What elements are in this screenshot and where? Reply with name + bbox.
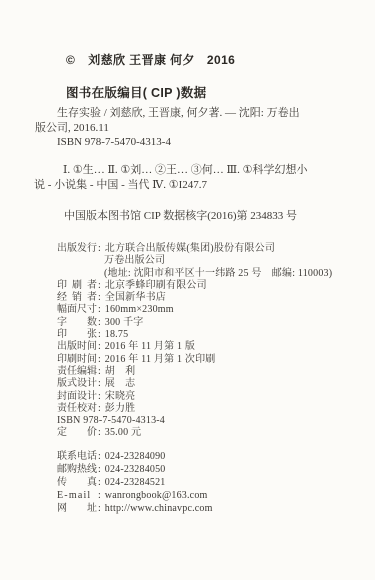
- label-colon: :: [98, 317, 101, 329]
- email-row: E-mail:wanrongbook@163.com: [57, 489, 357, 502]
- contact-info-block: 联系电话:024-23284090 邮购热线:024-23284050 传真:0…: [57, 450, 357, 515]
- cip-description: 生存实验 / 刘慈欣, 王晋康, 何夕著. — 沈阳: 万卷出 版公司, 201…: [35, 106, 347, 150]
- copyright-symbol: ©: [66, 53, 75, 67]
- sheets-row: 印张:18.75: [57, 329, 357, 341]
- publisher-branch-value: 万卷出版公司: [104, 255, 165, 266]
- layout-designer-row: 版式设计:展 志: [57, 378, 357, 390]
- sheets-value: 18.75: [105, 329, 129, 340]
- fax-label: 传真: [57, 476, 97, 489]
- distributor-label: 经销者: [57, 292, 97, 304]
- layout-designer-value: 展 志: [105, 378, 136, 389]
- phone-label: 联系电话: [57, 450, 97, 463]
- email-label: E-mail: [57, 489, 97, 502]
- price-label: 定价: [57, 427, 97, 439]
- copyright-line: ©刘慈欣 王晋康 何夕2016: [66, 51, 235, 68]
- distributor-row: 经销者:全国新华书店: [57, 292, 357, 304]
- cip-description-line-1: 生存实验 / 刘慈欣, 王晋康, 何夕著. — 沈阳: 万卷出: [35, 106, 347, 121]
- publisher-branch-row: 万卷出版公司: [57, 255, 357, 267]
- website-value: http://www.chinavpc.com: [105, 503, 213, 514]
- cip-classification-line-2: 说 - 小说集 - 中国 - 当代 Ⅳ. ①I247.7: [34, 178, 346, 193]
- website-row: 网址:http://www.chinavpc.com: [57, 502, 357, 515]
- format-row: 幅面尺寸:160mm×230mm: [57, 304, 357, 316]
- copyright-authors: 刘慈欣 王晋康 何夕: [88, 53, 195, 67]
- price-value: 35.00 元: [105, 427, 141, 438]
- label-colon: :: [98, 502, 101, 515]
- label-colon: :: [98, 280, 101, 292]
- isbn-value: ISBN 978-7-5470-4313-4: [57, 415, 165, 426]
- cover-designer-row: 封面设计:宋晓亮: [57, 391, 357, 403]
- website-label: 网址: [57, 502, 97, 515]
- copyright-year: 2016: [207, 53, 235, 67]
- cover-designer-value: 宋晓亮: [105, 391, 136, 402]
- mail-order-value: 024-23284050: [105, 464, 166, 475]
- publisher-label: 出版发行: [57, 243, 97, 255]
- cip-classification-line-1: Ⅰ. ①生… Ⅱ. ①刘… ②王… ③何… Ⅲ. ①科学幻想小: [34, 163, 346, 178]
- printer-value: 北京季蜂印刷有限公司: [105, 280, 207, 291]
- label-colon: :: [98, 476, 101, 489]
- cip-description-line-2: 版公司, 2016.11: [35, 121, 347, 136]
- printer-label: 印刷者: [57, 280, 97, 292]
- label-colon: :: [98, 427, 101, 439]
- print-date-label: 印刷时间: [57, 354, 97, 366]
- word-count-value: 300 千字: [105, 317, 144, 328]
- label-colon: :: [98, 489, 101, 502]
- proofreader-label: 责任校对: [57, 403, 97, 415]
- fax-value: 024-23284521: [105, 477, 166, 488]
- mail-order-label: 邮购热线: [57, 463, 97, 476]
- price-row: 定价:35.00 元: [57, 427, 357, 439]
- label-colon: :: [98, 354, 101, 366]
- distributor-value: 全国新华书店: [105, 292, 166, 303]
- cip-record-number: 中国版本图书馆 CIP 数据核字(2016)第 234833 号: [64, 207, 297, 223]
- publisher-value: 北方联合出版传媒(集团)股份有限公司: [105, 243, 275, 254]
- cip-heading: 图书在版编目( CIP )数据: [66, 83, 206, 101]
- label-colon: :: [98, 391, 101, 403]
- publisher-address-value: (地址: 沈阳市和平区十一纬路 25 号 邮编: 110003): [104, 268, 332, 279]
- label-colon: :: [98, 292, 101, 304]
- format-label: 幅面尺寸: [57, 304, 97, 316]
- phone-row: 联系电话:024-23284090: [57, 450, 357, 463]
- editor-value: 胡 利: [105, 366, 136, 377]
- editor-label: 责任编辑: [57, 366, 97, 378]
- proofreader-value: 彭力胜: [105, 403, 136, 414]
- publisher-address-row: (地址: 沈阳市和平区十一纬路 25 号 邮编: 110003): [57, 268, 357, 280]
- print-date-value: 2016 年 11 月第 1 次印刷: [105, 354, 216, 365]
- label-colon: :: [98, 463, 101, 476]
- publish-date-value: 2016 年 11 月第 1 版: [105, 341, 195, 352]
- editor-row: 责任编辑:胡 利: [57, 366, 357, 378]
- cip-classification: Ⅰ. ①生… Ⅱ. ①刘… ②王… ③何… Ⅲ. ①科学幻想小 说 - 小说集 …: [34, 163, 346, 192]
- format-value: 160mm×230mm: [105, 304, 174, 315]
- printer-row: 印刷者:北京季蜂印刷有限公司: [57, 280, 357, 292]
- print-date-row: 印刷时间:2016 年 11 月第 1 次印刷: [57, 354, 357, 366]
- sheets-label: 印张: [57, 329, 97, 341]
- mail-order-row: 邮购热线:024-23284050: [57, 463, 357, 476]
- publisher-row: 出版发行:北方联合出版传媒(集团)股份有限公司: [57, 243, 357, 255]
- publish-date-label: 出版时间: [57, 341, 97, 353]
- cip-isbn: ISBN 978-7-5470-4313-4: [35, 135, 347, 150]
- cover-designer-label: 封面设计: [57, 391, 97, 403]
- proofreader-row: 责任校对:彭力胜: [57, 403, 357, 415]
- email-value: wanrongbook@163.com: [105, 490, 208, 501]
- word-count-label: 字数: [57, 317, 97, 329]
- fax-row: 传真:024-23284521: [57, 476, 357, 489]
- publish-date-row: 出版时间:2016 年 11 月第 1 版: [57, 341, 357, 353]
- label-colon: :: [98, 329, 101, 341]
- book-copyright-page: ©刘慈欣 王晋康 何夕2016 图书在版编目( CIP )数据 生存实验 / 刘…: [0, 0, 375, 580]
- word-count-row: 字数:300 千字: [57, 317, 357, 329]
- phone-value: 024-23284090: [105, 451, 166, 462]
- isbn-row: ISBN 978-7-5470-4313-4: [57, 415, 357, 427]
- layout-designer-label: 版式设计: [57, 378, 97, 390]
- label-colon: :: [98, 378, 101, 390]
- label-colon: :: [98, 450, 101, 463]
- publication-info-block: 出版发行:北方联合出版传媒(集团)股份有限公司 万卷出版公司 (地址: 沈阳市和…: [57, 243, 357, 440]
- label-colon: :: [98, 403, 101, 415]
- label-colon: :: [98, 304, 101, 316]
- label-colon: :: [98, 341, 101, 353]
- label-colon: :: [98, 243, 101, 255]
- label-colon: :: [98, 366, 101, 378]
